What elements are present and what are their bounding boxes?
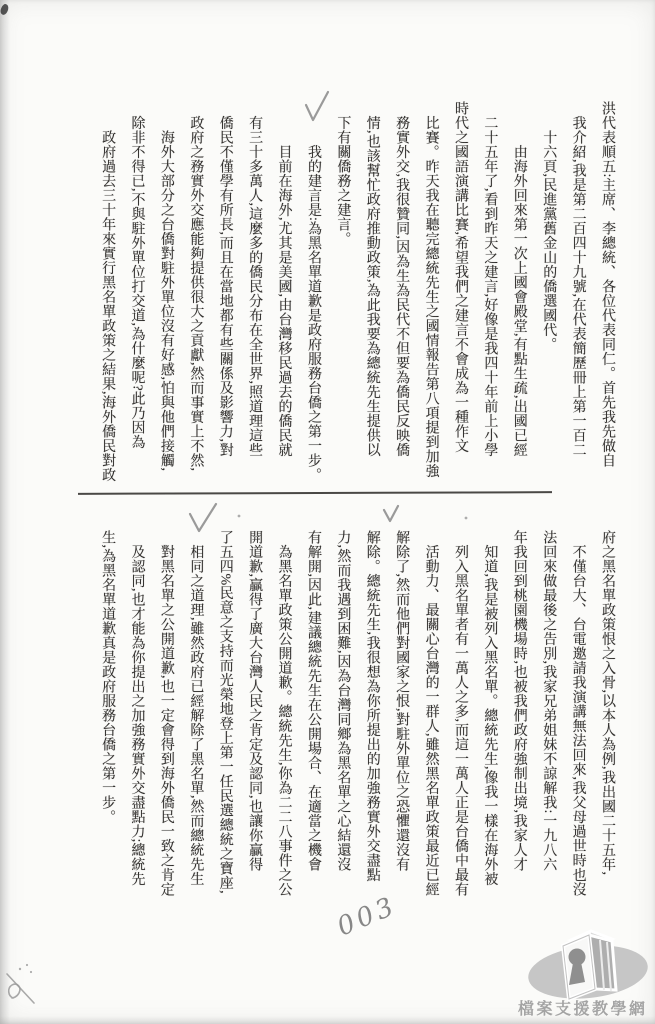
text-column: 解除了,然而他們對國家之恨,對駐外單位之恐懼還沒有 [387,530,416,944]
text-column: 生,為黑名單道歉真是政府服務台僑之第一步。 [93,530,122,944]
text-column: 相同之道理,雖然政府已經解除了黑名單,然而總統先生 [181,530,210,944]
text-column: 由海外回來第一次上國會殿堂,有點生疏,出國已經 [504,101,533,515]
text-column: 解除。總統先生,我很想為你所提出的加強務實外交盡點 [357,530,386,944]
text-column: 除非不得已,不與駐外單位打交道,為什麼呢?此乃因為 [122,101,151,515]
text-column: 知道,我是被列入黑名單。總統先生,像我一樣在海外被 [475,530,504,944]
pencil-scribble [7,964,34,1003]
text-column: 我的建言是:為黑名單道歉是政府服務台僑之第一步。 [299,101,328,515]
speech-text-upper-block: 洪代表順五:主席、李總統、各位代表同仁。首先我先做自 我介紹,我是第二百四十九號… [93,101,622,515]
text-column: 十六頁,民進黨舊金山的僑選國代。 [534,101,563,515]
text-column: 政府之務實外交應能夠提供很大之貢獻,然而事實上不然, [181,101,210,515]
text-column: 法回來做最後之告別,我家兄弟姐妹不諒解我:一九八六 [534,530,563,944]
pencil-dot [465,517,468,520]
text-column: 了五四%民意之支持而光榮地登上第一任民選總統之寶座, [210,530,239,944]
text-column: 比賽。昨天我在聽完總統先生之國情報告第八項提到加強 [416,101,445,515]
text-column: 僑民不僅學有所長,而且在當地都有些關係及影響力,對 [210,101,239,515]
text-column: 列入黑名單者有一萬人之多,而這一萬人正是台僑中最有 [446,530,475,944]
text-column: 目前在海外,尤其是美國,由台灣移民過去的僑民就 [269,101,298,515]
scanned-document-page: 洪代表順五:主席、李總統、各位代表同仁。首先我先做自 我介紹,我是第二百四十九號… [0,0,655,1024]
text-column: 為黑名單政策公開道歉。總統先生,你為二二八事件之公 [269,530,298,944]
text-column: 及認同,也才能為你提出之加強務實外交盡點力;總統先 [122,530,151,944]
text-column: 府之黑名單政策恨之入骨,以本人為例,我出國二十五年, [593,530,622,944]
text-column: 有三十多萬人,這麼多的僑民分布在全世界,照道理這些 [240,101,269,515]
text-column: 活動力、最關心台灣的一群人,雖然黑名單政策最近已經 [416,530,445,944]
text-column: 對黑名單之公開道歉,也一定會得到海外僑民一致之肯定 [152,530,181,944]
text-column: 我介紹,我是第二百四十九號,在代表簡歷冊上第一百二 [563,101,592,515]
speech-text-lower-block: 府之黑名單政策恨之入骨,以本人為例,我出國二十五年, 不僅台大、台電邀請我演講無… [93,530,622,944]
text-column: 洪代表順五:主席、李總統、各位代表同仁。首先我先做自 [593,101,622,515]
watermark-label: 檔案支援教學網 [518,996,654,1019]
text-column: 海外大部分之台僑對駐外單位沒有好感,怕與他們接觸, [152,101,181,515]
scan-edge-shading-left [0,0,10,1024]
text-column: 情,也該幫忙政府推動政策,為此我要為總統先生提供以 [357,101,386,515]
text-column: 不僅台大、台電邀請我演講無法回來,我父母過世時也沒 [563,530,592,944]
text-column: 二十五年了,看到昨天之建言,好像是我四十年前上小學 [475,101,504,515]
text-column: 力,然而我遇到困難,因為台灣同鄉為黑名單之心結還沒 [328,530,357,944]
pencil-dot [238,515,241,518]
text-column: 務實外交,我很贊同,因為生為民代不但要為僑民反映僑 [387,101,416,515]
text-column: 下有關僑務之建言。 [328,101,357,515]
text-column: 年我回到桃園機場時,也被我們政府強制出境,我家人才 [504,530,533,944]
archive-watermark: 檔案支援教學網 [515,910,655,1022]
text-column: 時代之國語演講比賽,希望我們之建言不會成為一種作文 [446,101,475,515]
text-column: 有解開,因此,建議總統先生在公開場合、在適當之機會 [299,530,328,944]
text-column: 開道歉,贏得了廣大台灣人民之肯定及認同,也讓你贏得 [240,530,269,944]
text-column: 政府過去三十年來實行黑名單政策之結果,海外僑民對政 [93,101,122,515]
